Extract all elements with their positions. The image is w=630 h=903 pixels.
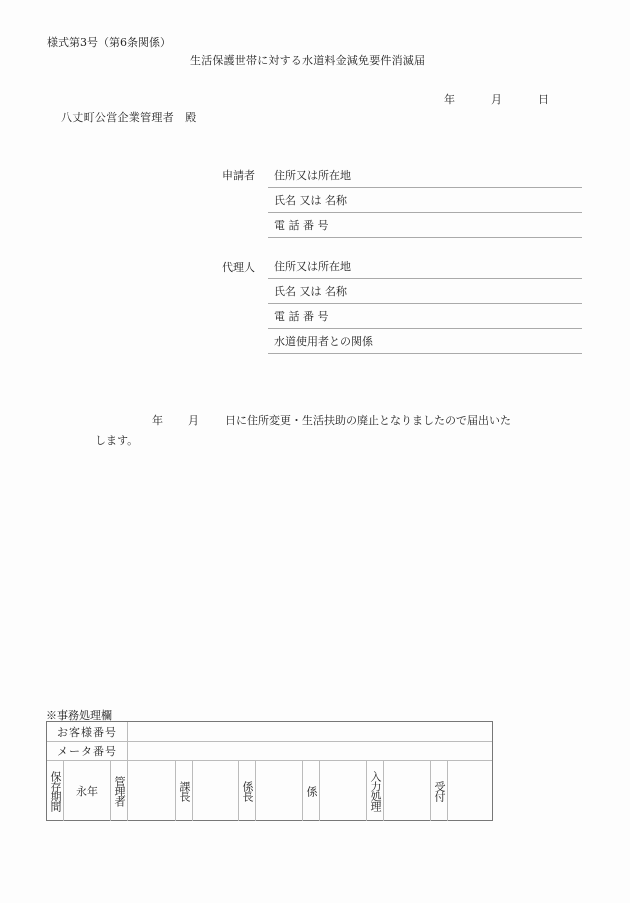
applicant-address-field[interactable]: 住所又は所在地 — [268, 162, 582, 188]
field-label: 水道使用者との関係 — [274, 333, 373, 349]
meter-number-label: メータ番号 — [47, 741, 128, 760]
stamp-box-input — [384, 761, 431, 821]
stamp-box-staff — [320, 761, 367, 821]
applicant-phone-field[interactable]: 電 話 番 号 — [268, 212, 582, 238]
agent-name-field[interactable]: 氏名 又は 名称 — [268, 278, 582, 304]
stamp-label-section-chief: 課長 — [178, 781, 190, 801]
retention-label-cell: 保存期間 — [47, 761, 64, 821]
agent-label: 代理人 — [222, 259, 255, 275]
stamp-box-subsection-chief — [256, 761, 303, 821]
retention-value-cell: 永年 — [64, 761, 111, 821]
date-day: 日 — [538, 91, 549, 107]
stamp-label-cell: 課長 — [176, 761, 193, 821]
document-title: 生活保護世帯に対する水道料金減免要件消滅届 — [190, 52, 425, 68]
stamp-box-manager — [128, 761, 176, 821]
stamp-label-input: 入力処理 — [369, 771, 381, 811]
stamp-label-subsection-chief: 係長 — [241, 781, 253, 801]
date-year: 年 — [444, 91, 455, 107]
stamp-label-cell: 管理者 — [111, 761, 128, 821]
applicant-label: 申請者 — [222, 167, 255, 183]
date-month: 月 — [491, 91, 502, 107]
stamp-box-section-chief — [193, 761, 239, 821]
field-label: 住所又は所在地 — [274, 167, 351, 183]
stamp-label-cell: 入力処理 — [367, 761, 384, 821]
stamp-label-manager: 管理者 — [113, 776, 125, 806]
stamp-label-reception: 受付 — [433, 781, 445, 801]
agent-relationship-field[interactable]: 水道使用者との関係 — [268, 328, 582, 354]
stamp-label-cell: 係 — [303, 761, 320, 821]
applicant-name-field[interactable]: 氏名 又は 名称 — [268, 187, 582, 213]
form-number: 様式第3号（第6条関係） — [47, 34, 171, 50]
stamp-label-cell: 係長 — [239, 761, 256, 821]
field-label: 氏名 又は 名称 — [274, 283, 347, 299]
field-label: 住所又は所在地 — [274, 258, 351, 274]
customer-number-row: お客様番号 — [47, 722, 492, 742]
stamp-box-reception — [448, 761, 492, 821]
retention-label: 保存期間 — [49, 771, 61, 811]
field-label: 電 話 番 号 — [274, 217, 329, 233]
field-label: 氏名 又は 名称 — [274, 192, 347, 208]
body-text: 日に住所変更・生活扶助の廃止となりましたので届出いた — [225, 412, 511, 428]
office-use-table: お客様番号 メータ番号 保存期間 永年 管理者 課長 係長 係 入力処理 受付 — [46, 721, 493, 821]
body-month: 月 — [188, 412, 199, 428]
stamp-label-cell: 受付 — [431, 761, 448, 821]
agent-address-field[interactable]: 住所又は所在地 — [268, 253, 582, 279]
retention-value: 永年 — [76, 783, 98, 799]
addressee: 八丈町公営企業管理者 殿 — [61, 109, 197, 125]
field-label: 電 話 番 号 — [274, 308, 329, 324]
body-year: 年 — [152, 412, 163, 428]
body-text-continued: します。 — [95, 432, 138, 448]
agent-phone-field[interactable]: 電 話 番 号 — [268, 303, 582, 329]
meter-number-row: メータ番号 — [47, 741, 492, 761]
stamp-label-staff: 係 — [305, 786, 317, 796]
customer-number-label: お客様番号 — [47, 722, 128, 741]
